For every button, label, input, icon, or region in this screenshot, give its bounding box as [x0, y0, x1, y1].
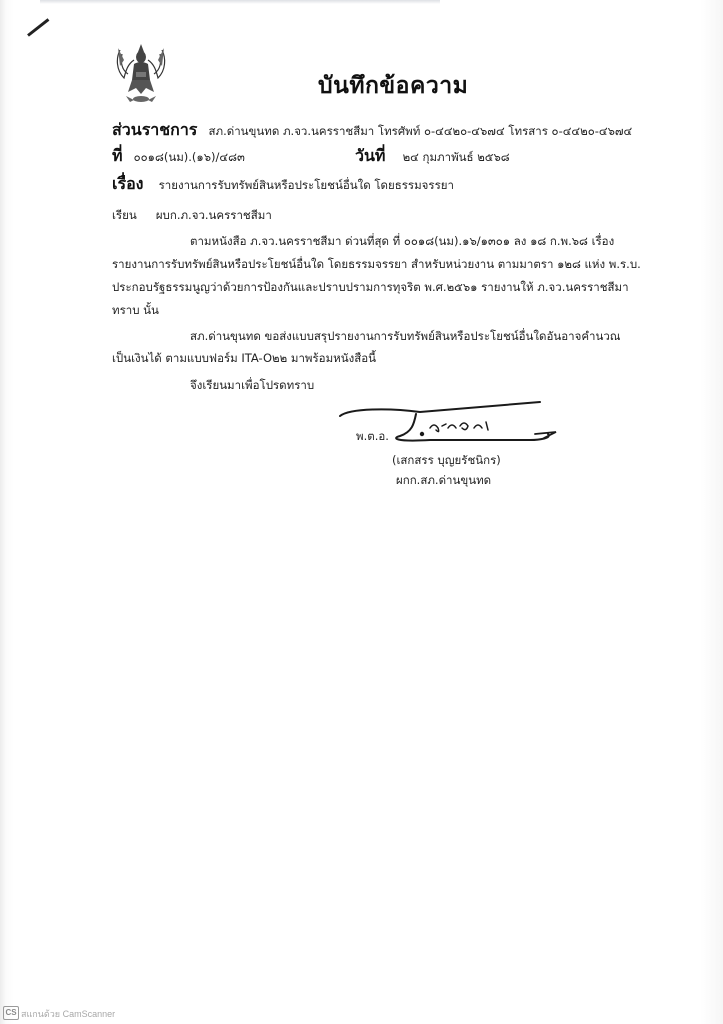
pen-mark	[27, 18, 49, 36]
scan-edge-shadow	[40, 0, 440, 4]
department-value: สภ.ด่านขุนทด ภ.จว.นครราชสีมา โทรศัพท์ ๐-…	[208, 124, 632, 138]
date-value: ๒๔ กุมภาพันธ์ ๒๕๖๘	[403, 150, 510, 164]
camscanner-logo-icon: CS	[3, 1006, 19, 1020]
paragraph-2-line-1: สภ.ด่านขุนทด ขอส่งแบบสรุปรายงานการรับทรั…	[190, 328, 620, 346]
recipient-label: เรียน	[112, 208, 137, 222]
recipient-row: เรียน ผบก.ภ.จว.นครราชสีมา	[112, 204, 272, 225]
paragraph-1-line-1: ตามหนังสือ ภ.จว.นครราชสีมา ด่วนที่สุด ที…	[190, 233, 614, 251]
closing-line: จึงเรียนมาเพื่อโปรดทราบ	[190, 377, 314, 395]
recipient-value: ผบก.ภ.จว.นครราชสีมา	[156, 208, 272, 222]
reference-row: ที่ ๐๐๑๘(นม).(๑๖)/๔๘๓	[112, 144, 245, 169]
subject-label: เรื่อง	[112, 174, 143, 193]
reference-label: ที่	[112, 146, 123, 165]
camscanner-watermark: สแกนด้วย CamScanner	[21, 1007, 115, 1021]
date-row: วันที่ ๒๔ กุมภาพันธ์ ๒๕๖๘	[355, 144, 510, 169]
department-row: ส่วนราชการ สภ.ด่านขุนทด ภ.จว.นครราชสีมา …	[112, 118, 632, 143]
paragraph-1-line-4: ทราบ นั้น	[112, 302, 159, 320]
paragraph-2-line-2: เป็นเงินได้ ตามแบบฟอร์ม ITA-O๒๒ มาพร้อมห…	[112, 350, 376, 368]
date-label: วันที่	[355, 146, 385, 165]
subject-value: รายงานการรับทรัพย์สินหรือประโยชน์อื่นใด …	[159, 178, 454, 192]
scanned-document-page: บันทึกข้อความ ส่วนราชการ สภ.ด่านขุนทด ภ.…	[0, 0, 723, 1024]
paragraph-1-line-3: ประกอบรัฐธรรมนูญว่าด้วยการป้องกันและปราบ…	[112, 279, 629, 297]
paragraph-1-line-2: รายงานการรับทรัพย์สินหรือประโยชน์อื่นใด …	[112, 256, 641, 274]
signer-name: (เสกสรร บุญยรัชนิกร)	[392, 452, 501, 470]
memo-title: บันทึกข้อความ	[318, 68, 468, 104]
signer-position: ผกก.สภ.ด่านขุนทด	[396, 472, 491, 490]
subject-row: เรื่อง รายงานการรับทรัพย์สินหรือประโยชน์…	[112, 172, 454, 197]
reference-number: ๐๐๑๘(นม).(๑๖)/๔๘๓	[134, 150, 245, 164]
department-label: ส่วนราชการ	[112, 120, 197, 139]
garuda-emblem-icon	[112, 40, 170, 104]
handwritten-signature	[330, 400, 570, 450]
